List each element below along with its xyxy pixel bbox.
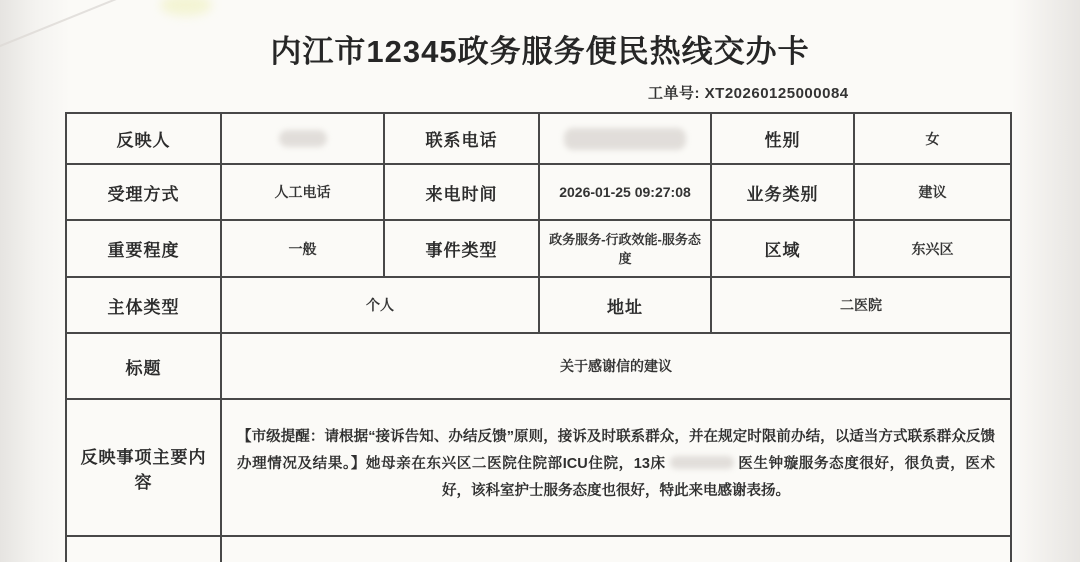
contact-phone-label: 联系电话 <box>385 114 540 165</box>
address-value: 二医院 <box>712 278 1010 334</box>
content-label: 反映事项主要内容 <box>67 400 222 537</box>
empty-label-cell <box>67 537 222 562</box>
business-category-label: 业务类别 <box>712 165 855 221</box>
accept-method-value: 人工电话 <box>222 165 385 221</box>
content-value-cell: 【市级提醒：请根据“接诉告知、办结反馈”原则，接诉及时联系群众，并在规定时限前办… <box>222 400 1010 537</box>
importance-value: 一般 <box>222 221 385 278</box>
redacted-phone-number <box>564 128 686 150</box>
gender-label: 性别 <box>712 114 855 165</box>
region-label: 区域 <box>712 221 855 278</box>
title-field-label: 标题 <box>67 334 222 400</box>
subject-type-value: 个人 <box>222 278 540 334</box>
contact-phone-value-cell <box>540 114 712 165</box>
subject-type-label: 主体类型 <box>67 278 222 334</box>
title-field-value: 关于感谢信的建议 <box>222 334 1010 400</box>
reporter-label: 反映人 <box>67 114 222 165</box>
call-time-label: 来电时间 <box>385 165 540 221</box>
page-title: 内江市12345政务服务便民热线交办卡 <box>0 26 1080 71</box>
document-page: 内江市12345政务服务便民热线交办卡 工单号: XT2026012500008… <box>0 0 1080 562</box>
reporter-value-cell <box>222 114 385 165</box>
work-order-table: 反映人 联系电话 性别 女 受理方式 人工电话 来电时间 2026-01-25 … <box>65 112 1012 562</box>
work-order-number-label: 工单号: <box>648 85 700 102</box>
accept-method-label: 受理方式 <box>67 165 222 221</box>
empty-value-cell <box>222 537 1010 562</box>
redacted-patient-name <box>670 456 734 469</box>
work-order-number-value: XT20260125000084 <box>705 85 849 102</box>
region-value: 东兴区 <box>855 221 1010 278</box>
gender-value: 女 <box>855 114 1010 165</box>
importance-label: 重要程度 <box>67 221 222 278</box>
event-type-value: 政务服务-行政效能-服务态度 <box>540 221 712 278</box>
event-type-label: 事件类型 <box>385 221 540 278</box>
work-order-number: 工单号: XT20260125000084 <box>648 82 849 103</box>
business-category-value: 建议 <box>855 165 1010 221</box>
call-time-value: 2026-01-25 09:27:08 <box>540 165 712 221</box>
address-label: 地址 <box>540 278 712 334</box>
redacted-reporter-name <box>279 130 327 147</box>
paper-smudge <box>160 0 212 16</box>
